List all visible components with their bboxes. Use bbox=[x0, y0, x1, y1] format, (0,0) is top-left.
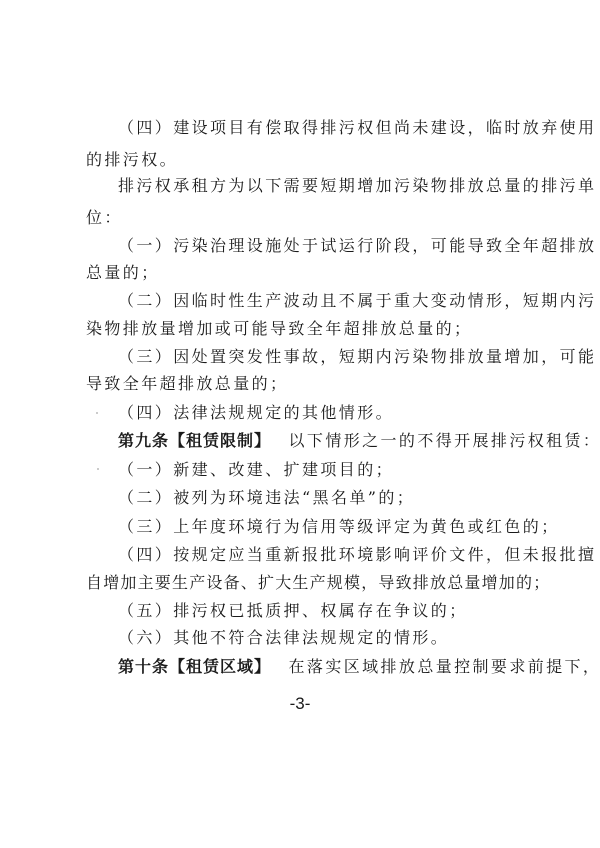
list-item: （六）其他不符合法律法规规定的情形。 bbox=[118, 628, 548, 648]
list-item: 自增加主要生产设备、扩大生产规模，导致排放总量增加的； bbox=[86, 573, 516, 593]
scan-speck bbox=[97, 468, 99, 470]
paragraph-line: 的排污权。 bbox=[86, 150, 516, 170]
list-item: （一）新建、改建、扩建项目的； bbox=[118, 460, 548, 480]
paragraph-line: 导致全年超排放总量的； bbox=[86, 374, 516, 394]
scan-speck bbox=[96, 412, 98, 414]
page-number: -3- bbox=[0, 694, 600, 714]
paragraph-line: （四）建设项目有偿取得排污权但尚未建设，临时放弃使用 bbox=[118, 118, 548, 138]
paragraph-line: 排污权承租方为以下需要短期增加污染物排放总量的排污单 bbox=[118, 176, 548, 196]
paragraph-line: （三）因处置突发性事故，短期内污染物排放量增加，可能 bbox=[118, 347, 548, 367]
paragraph-line: 总量的； bbox=[86, 263, 516, 283]
list-item: （三）上年度环境行为信用等级评定为黄色或红色的； bbox=[118, 517, 548, 537]
article-9-heading: 第九条【租赁限制】 bbox=[118, 431, 271, 450]
paragraph-line: （一）污染治理设施处于试运行阶段，可能导致全年超排放 bbox=[118, 236, 548, 256]
article-9: 第九条【租赁限制】 以下情形之一的不得开展排污权租赁： bbox=[118, 431, 538, 451]
list-item: （五）排污权已抵质押、权属存在争议的； bbox=[118, 601, 548, 621]
article-10-text: 在落实区域排放总量控制要求前提下， bbox=[289, 657, 600, 676]
list-item: （四）按规定应当重新报批环境影响评价文件，但未报批擅 bbox=[118, 545, 548, 565]
article-10-heading: 第十条【租赁区域】 bbox=[118, 657, 271, 676]
paragraph-line: （二）因临时性生产波动且不属于重大变动情形，短期内污 bbox=[118, 291, 548, 311]
list-item: （二）被列为环境违法“黑名单”的； bbox=[118, 488, 548, 508]
paragraph-line: （四）法律法规规定的其他情形。 bbox=[118, 403, 548, 423]
paragraph-line: 位： bbox=[86, 208, 516, 228]
article-10: 第十条【租赁区域】 在落实区域排放总量控制要求前提下， bbox=[118, 657, 538, 677]
article-9-text: 以下情形之一的不得开展排污权租赁： bbox=[289, 431, 600, 450]
paragraph-line: 染物排放量增加或可能导致全年超排放总量的； bbox=[86, 319, 516, 339]
